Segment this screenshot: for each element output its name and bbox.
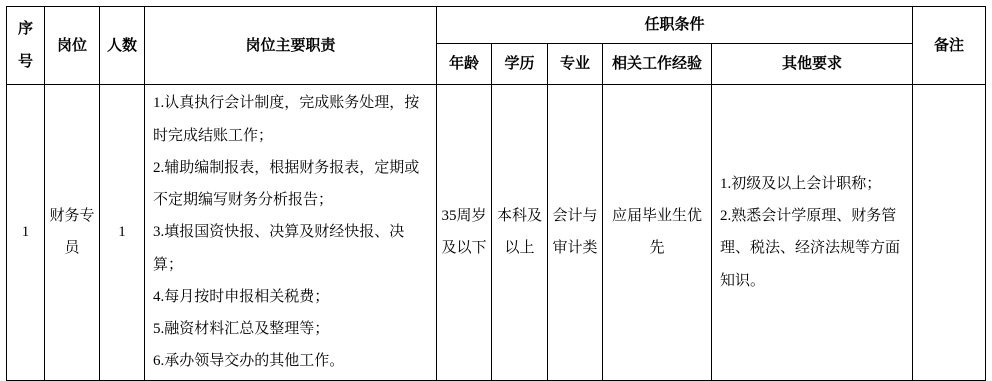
cell-age: 35周岁及以下: [437, 85, 492, 353]
cell-major: 会计与审计类: [548, 85, 603, 353]
cell-experience: 应届毕业生优先: [603, 85, 712, 353]
header-qualifications: 任职条件: [437, 7, 913, 44]
cell-education: 本科及以上: [492, 85, 548, 353]
header-duties: 岗位主要职责: [145, 7, 437, 85]
header-headcount: 人数: [100, 7, 145, 85]
cell-seq: 1: [7, 85, 45, 353]
header-major: 专业: [548, 44, 603, 85]
header-age: 年龄: [437, 44, 492, 85]
header-education: 学历: [492, 44, 548, 85]
header-seq: 序号: [7, 7, 45, 85]
header-remarks: 备注: [913, 7, 986, 85]
cell-headcount: 1: [100, 85, 145, 353]
job-position-table: 序号 岗位 人数 岗位主要职责 任职条件 备注 年龄 学历 专业 相关工作经验 …: [6, 6, 986, 353]
table-row: 1 财务专员 1 1.认真执行会计制度，完成账务处理，按时完成结账工作； 2.辅…: [7, 85, 986, 353]
cell-duties: 1.认真执行会计制度，完成账务处理，按时完成结账工作； 2.辅助编制报表，根据财…: [145, 85, 437, 353]
cell-other-requirements: 1.初级及以上会计职称； 2.熟悉会计学原理、财务管理、税法、经济法规等方面知识…: [712, 85, 913, 353]
header-position: 岗位: [45, 7, 100, 85]
cell-position: 财务专员: [45, 85, 100, 353]
header-row-top: 序号 岗位 人数 岗位主要职责 任职条件 备注: [7, 7, 986, 44]
header-experience: 相关工作经验: [603, 44, 712, 85]
cell-remarks: [913, 85, 986, 353]
header-other-requirements: 其他要求: [712, 44, 913, 85]
